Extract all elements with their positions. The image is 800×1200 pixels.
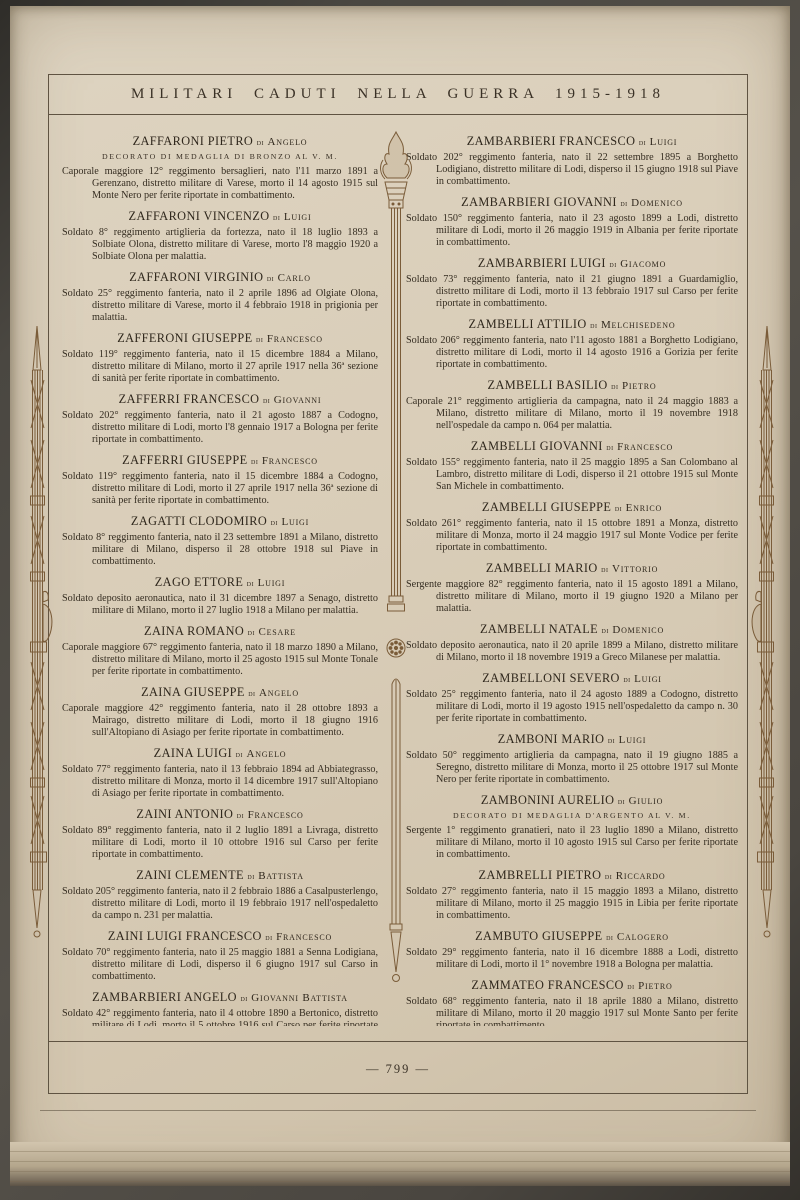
soldier-name: ZAMBELLI BASILIO	[488, 378, 608, 392]
patronymic-prefix: di	[237, 810, 244, 820]
soldier-name: ZAINA LUIGI	[154, 746, 233, 760]
soldier-name-line: ZAMBONINI AURELIO di Giulio	[406, 793, 738, 808]
soldier-name: ZAMBARBIERI GIOVANNI	[461, 195, 617, 209]
entry-text: Soldato 205° reggimento fanteria, nato i…	[62, 886, 378, 922]
patronymic-prefix: di	[618, 796, 625, 806]
soldier-name-line: ZAFFARONI VIRGINIO di Carlo	[62, 270, 378, 285]
soldier-name-line: ZAMBELLONI SEVERO di Luigi	[406, 671, 738, 686]
entry-text: Soldato 42° reggimento fanteria, nato il…	[62, 1008, 378, 1026]
patronymic-prefix: di	[240, 993, 247, 1003]
soldier-name-line: ZAMBARBIERI LUIGI di Giacomo	[406, 256, 738, 271]
entry-text: Soldato 70° reggimento fanteria, nato il…	[62, 947, 378, 983]
entry-text: Soldato 8° reggimento fanteria, nato il …	[62, 532, 378, 568]
patronymic-prefix: di	[247, 871, 254, 881]
father-name: Angelo	[268, 136, 308, 148]
patronymic-prefix: di	[609, 259, 616, 269]
father-name: Francesco	[267, 333, 323, 345]
entry-text: Caporale maggiore 12° reggimento bersagl…	[62, 166, 378, 202]
page-header: MILITARI CADUTI NELLA GUERRA 1915-1918	[48, 74, 748, 114]
entry-text: Soldato 68° reggimento fanteria, nato il…	[406, 996, 738, 1026]
soldier-entry: ZAMBELLI ATTILIO di Melchisedeno Soldato…	[406, 317, 738, 371]
soldier-name: ZAGATTI CLODOMIRO	[131, 514, 267, 528]
father-name: Giacomo	[620, 258, 666, 270]
soldier-entry: ZAMBUTO GIUSEPPE di Calogero Soldato 29°…	[406, 929, 738, 971]
soldier-entry: ZAMBONI MARIO di Luigi Soldato 50° reggi…	[406, 732, 738, 786]
page-footer: — 799 —	[48, 1041, 748, 1097]
patronymic-prefix: di	[248, 627, 255, 637]
patronymic-prefix: di	[627, 981, 634, 991]
entry-text: Soldato 27° reggimento fanteria, nato il…	[406, 886, 738, 922]
soldier-name: ZAINA GIUSEPPE	[141, 685, 245, 699]
soldier-entry: ZAMBARBIERI FRANCESCO di Luigi Soldato 2…	[406, 134, 738, 188]
entry-text: Soldato 119° reggimento fanteria, nato i…	[62, 349, 378, 385]
patronymic-prefix: di	[265, 932, 272, 942]
soldier-name-line: ZAMBARBIERI GIOVANNI di Domenico	[406, 195, 738, 210]
entry-text: Soldato 119° reggimento fanteria, nato i…	[62, 471, 378, 507]
soldier-name-line: ZAMBELLI GIOVANNI di Francesco	[406, 439, 738, 454]
patronymic-prefix: di	[257, 137, 264, 147]
entry-text: Soldato deposito aeronautica, nato il 20…	[406, 640, 738, 664]
patronymic-prefix: di	[602, 625, 609, 635]
entry-text: Caporale 21° reggimento artiglieria da c…	[406, 396, 738, 432]
soldier-name: ZAMBRELLI PIETRO	[479, 868, 602, 882]
father-name: Luigi	[650, 136, 678, 148]
patronymic-prefix: di	[263, 395, 270, 405]
patronymic-prefix: di	[615, 503, 622, 513]
soldier-entry: ZAGATTI CLODOMIRO di Luigi Soldato 8° re…	[62, 514, 378, 568]
patronymic-prefix: di	[248, 688, 255, 698]
soldier-name-line: ZAMBELLI BASILIO di Pietro	[406, 378, 738, 393]
patronymic-prefix: di	[606, 932, 613, 942]
patronymic-prefix: di	[611, 381, 618, 391]
torch-column-icon	[378, 128, 414, 1008]
father-name: Domenico	[612, 624, 664, 636]
father-name: Giovanni	[274, 394, 322, 406]
soldier-name: ZAMBELLI ATTILIO	[469, 317, 587, 331]
patronymic-prefix: di	[273, 212, 280, 222]
entry-text: Soldato 8° reggimento artiglieria da for…	[62, 227, 378, 263]
patronymic-prefix: di	[271, 517, 278, 527]
soldier-entry: ZAFFERRI GIUSEPPE di Francesco Soldato 1…	[62, 453, 378, 507]
entry-text: Soldato 89° reggimento fanteria, nato il…	[62, 825, 378, 861]
father-name: Luigi	[619, 734, 647, 746]
soldier-name: ZAMBELLONI SEVERO	[482, 671, 620, 685]
soldier-name-line: ZAMBRELLI PIETRO di Riccardo	[406, 868, 738, 883]
father-name: Vittorio	[612, 563, 658, 575]
soldier-entry: ZAMBELLI BASILIO di Pietro Caporale 21° …	[406, 378, 738, 432]
soldier-entry: ZAMBRELLI PIETRO di Riccardo Soldato 27°…	[406, 868, 738, 922]
entry-text: Soldato 155° reggimento fanteria, nato i…	[406, 457, 738, 493]
soldier-name: ZAFFARONI VINCENZO	[129, 209, 270, 223]
soldier-entry: ZAMBELLI GIUSEPPE di Enrico Soldato 261°…	[406, 500, 738, 554]
soldier-entry: ZAINA GIUSEPPE di Angelo Caporale maggio…	[62, 685, 378, 739]
soldier-entry: ZAMBARBIERI ANGELO di Giovanni Battista …	[62, 990, 378, 1026]
father-name: Calogero	[617, 931, 669, 943]
soldier-name-line: ZAMBONI MARIO di Luigi	[406, 732, 738, 747]
soldier-name-line: ZAMBUTO GIUSEPPE di Calogero	[406, 929, 738, 944]
soldier-entry: ZAFFERONI GIUSEPPE di Francesco Soldato …	[62, 331, 378, 385]
soldier-name: ZAMBELLI GIOVANNI	[471, 439, 603, 453]
father-name: Giulio	[629, 795, 664, 807]
entry-text: Caporale maggiore 67° reggimento fanteri…	[62, 642, 378, 678]
column-right: ZAMBARBIERI FRANCESCO di Luigi Soldato 2…	[406, 126, 738, 1026]
father-name: Francesco	[262, 455, 318, 467]
father-name: Angelo	[259, 687, 299, 699]
decoration-line: DECORATO DI MEDAGLIA DI BRONZO AL V. M.	[62, 152, 378, 161]
soldier-name-line: ZAINA GIUSEPPE di Angelo	[62, 685, 378, 700]
book-page-edges	[10, 1142, 790, 1186]
patronymic-prefix: di	[639, 137, 646, 147]
soldier-name-line: ZAINI LUIGI FRANCESCO di Francesco	[62, 929, 378, 944]
father-name: Riccardo	[616, 870, 666, 882]
father-name: Angelo	[246, 748, 286, 760]
soldier-name-line: ZAINI CLEMENTE di Battista	[62, 868, 378, 883]
patronymic-prefix: di	[590, 320, 597, 330]
soldier-entry: ZAMBONINI AURELIO di Giulio DECORATO DI …	[406, 793, 738, 861]
entry-text: Soldato 261° reggimento fanteria, nato i…	[406, 518, 738, 554]
soldier-name-line: ZAFFERRI GIUSEPPE di Francesco	[62, 453, 378, 468]
soldier-name-line: ZAMBARBIERI ANGELO di Giovanni Battista	[62, 990, 378, 1005]
soldier-entry: ZAMBELLI MARIO di Vittorio Sergente magg…	[406, 561, 738, 615]
soldier-entry: ZAINI ANTONIO di Francesco Soldato 89° r…	[62, 807, 378, 861]
soldier-name-line: ZAMMATEO FRANCESCO di Pietro	[406, 978, 738, 993]
soldier-name: ZAINI LUIGI FRANCESCO	[108, 929, 262, 943]
soldier-entry: ZAFFERRI FRANCESCO di Giovanni Soldato 2…	[62, 392, 378, 446]
scanned-page: MILITARI CADUTI NELLA GUERRA 1915-1918 Z…	[10, 6, 790, 1186]
soldier-name: ZAFFARONI PIETRO	[133, 134, 254, 148]
father-name: Carlo	[278, 272, 311, 284]
patronymic-prefix: di	[247, 578, 254, 588]
soldier-name-line: ZAMBELLI ATTILIO di Melchisedeno	[406, 317, 738, 332]
soldier-name: ZAMBONI MARIO	[498, 732, 605, 746]
soldier-name: ZAMBUTO GIUSEPPE	[475, 929, 602, 943]
soldier-entry: ZAFFARONI VIRGINIO di Carlo Soldato 25° …	[62, 270, 378, 324]
page-title: MILITARI CADUTI NELLA GUERRA 1915-1918	[131, 86, 665, 103]
soldier-name: ZAINI CLEMENTE	[136, 868, 244, 882]
entry-text: Soldato 50° reggimento artiglieria da ca…	[406, 750, 738, 786]
entry-text: Soldato 73° reggimento fanteria, nato il…	[406, 274, 738, 310]
soldier-name-line: ZAGO ETTORE di Luigi	[62, 575, 378, 590]
soldier-name: ZAFFERRI FRANCESCO	[119, 392, 260, 406]
soldier-entry: ZAMBELLI NATALE di Domenico Soldato depo…	[406, 622, 738, 664]
patronymic-prefix: di	[601, 564, 608, 574]
soldier-name: ZAMBARBIERI FRANCESCO	[467, 134, 636, 148]
father-name: Pietro	[638, 980, 672, 992]
soldier-name: ZAMBELLI GIUSEPPE	[482, 500, 611, 514]
soldier-name: ZAMBARBIERI ANGELO	[92, 990, 237, 1004]
soldier-entry: ZAINI LUIGI FRANCESCO di Francesco Solda…	[62, 929, 378, 983]
patronymic-prefix: di	[608, 735, 615, 745]
father-name: Enrico	[626, 502, 662, 514]
soldier-name-line: ZAFFARONI PIETRO di Angelo	[62, 134, 378, 149]
soldier-entry: ZAFFARONI PIETRO di Angelo DECORATO DI M…	[62, 134, 378, 202]
soldier-name-line: ZAMBELLI GIUSEPPE di Enrico	[406, 500, 738, 515]
entry-text: Soldato 202° reggimento fanteria, nato i…	[406, 152, 738, 188]
father-name: Luigi	[281, 516, 309, 528]
soldier-name-line: ZAGATTI CLODOMIRO di Luigi	[62, 514, 378, 529]
father-name: Francesco	[276, 931, 332, 943]
father-name: Cesare	[258, 626, 295, 638]
father-name: Francesco	[248, 809, 304, 821]
soldier-name: ZAINA ROMANO	[144, 624, 244, 638]
father-name: Pietro	[622, 380, 656, 392]
patronymic-prefix: di	[606, 442, 613, 452]
soldier-entry: ZAMBELLONI SEVERO di Luigi Soldato 25° r…	[406, 671, 738, 725]
entry-text: Soldato 77° reggimento fanteria, nato il…	[62, 764, 378, 800]
soldier-entry: ZAINA LUIGI di Angelo Soldato 77° reggim…	[62, 746, 378, 800]
entry-text: Soldato 29° reggimento fanteria, nato il…	[406, 947, 738, 971]
fasces-right-icon	[748, 324, 782, 944]
fasces-left-icon	[22, 324, 56, 944]
page-number: — 799 —	[366, 1062, 430, 1077]
father-name: Luigi	[284, 211, 312, 223]
soldier-entry: ZAMBELLI GIOVANNI di Francesco Soldato 1…	[406, 439, 738, 493]
father-name: Luigi	[258, 577, 286, 589]
patronymic-prefix: di	[620, 198, 627, 208]
soldier-entry: ZAGO ETTORE di Luigi Soldato deposito ae…	[62, 575, 378, 617]
entry-text: Soldato deposito aeronautica, nato il 31…	[62, 593, 378, 617]
entry-text: Caporale maggiore 42° reggimento fanteri…	[62, 703, 378, 739]
patronymic-prefix: di	[605, 871, 612, 881]
entry-text: Soldato 150° reggimento fanteria, nato i…	[406, 213, 738, 249]
soldier-name-line: ZAMBELLI NATALE di Domenico	[406, 622, 738, 637]
soldier-name: ZAMBELLI NATALE	[480, 622, 598, 636]
father-name: Domenico	[631, 197, 683, 209]
outer-bottom-rule	[40, 1110, 756, 1111]
father-name: Giovanni Battista	[251, 992, 348, 1004]
decoration-line: DECORATO DI MEDAGLIA D'ARGENTO AL V. M.	[406, 811, 738, 820]
soldier-name-line: ZAINA ROMANO di Cesare	[62, 624, 378, 639]
soldier-entry: ZAMBARBIERI LUIGI di Giacomo Soldato 73°…	[406, 256, 738, 310]
soldier-name-line: ZAFFARONI VINCENZO di Luigi	[62, 209, 378, 224]
soldier-entry: ZAINA ROMANO di Cesare Caporale maggiore…	[62, 624, 378, 678]
entry-text: Soldato 202° reggimento fanteria, nato i…	[62, 410, 378, 446]
screenshot-root: { "page": { "title": "MILITARI CADUTI NE…	[0, 0, 800, 1200]
entry-text: Soldato 206° reggimento fanteria, nato l…	[406, 335, 738, 371]
soldier-name: ZAGO ETTORE	[155, 575, 244, 589]
patronymic-prefix: di	[251, 456, 258, 466]
entry-text: Sergente maggiore 82° reggimento fanteri…	[406, 579, 738, 615]
patronymic-prefix: di	[256, 334, 263, 344]
column-left: ZAFFARONI PIETRO di Angelo DECORATO DI M…	[62, 126, 378, 1026]
father-name: Battista	[258, 870, 304, 882]
father-name: Francesco	[617, 441, 673, 453]
soldier-name-line: ZAINA LUIGI di Angelo	[62, 746, 378, 761]
soldier-name: ZAMBARBIERI LUIGI	[478, 256, 606, 270]
soldier-entry: ZAFFARONI VINCENZO di Luigi Soldato 8° r…	[62, 209, 378, 263]
soldier-name: ZAFFERRI GIUSEPPE	[122, 453, 247, 467]
soldier-name-line: ZAMBARBIERI FRANCESCO di Luigi	[406, 134, 738, 149]
soldier-name-line: ZAFFERRI FRANCESCO di Giovanni	[62, 392, 378, 407]
soldier-name: ZAFFARONI VIRGINIO	[129, 270, 263, 284]
entry-text: Soldato 25° reggimento fanteria, nato il…	[406, 689, 738, 725]
soldier-name-line: ZAMBELLI MARIO di Vittorio	[406, 561, 738, 576]
soldier-entry: ZAINI CLEMENTE di Battista Soldato 205° …	[62, 868, 378, 922]
father-name: Luigi	[634, 673, 662, 685]
soldier-entry: ZAMMATEO FRANCESCO di Pietro Soldato 68°…	[406, 978, 738, 1026]
entry-text: Soldato 25° reggimento fanteria, nato il…	[62, 288, 378, 324]
header-underline-rule	[48, 114, 748, 115]
father-name: Melchisedeno	[601, 319, 676, 331]
patronymic-prefix: di	[267, 273, 274, 283]
patronymic-prefix: di	[623, 674, 630, 684]
soldier-name-line: ZAINI ANTONIO di Francesco	[62, 807, 378, 822]
soldier-name: ZAMMATEO FRANCESCO	[471, 978, 623, 992]
soldier-name-line: ZAFFERONI GIUSEPPE di Francesco	[62, 331, 378, 346]
soldier-entry: ZAMBARBIERI GIOVANNI di Domenico Soldato…	[406, 195, 738, 249]
patronymic-prefix: di	[236, 749, 243, 759]
soldier-name: ZAMBONINI AURELIO	[481, 793, 615, 807]
soldier-name: ZAFFERONI GIUSEPPE	[117, 331, 252, 345]
entry-text: Sergente 1° reggimento granatieri, nato …	[406, 825, 738, 861]
soldier-name: ZAMBELLI MARIO	[486, 561, 598, 575]
soldier-name: ZAINI ANTONIO	[136, 807, 233, 821]
